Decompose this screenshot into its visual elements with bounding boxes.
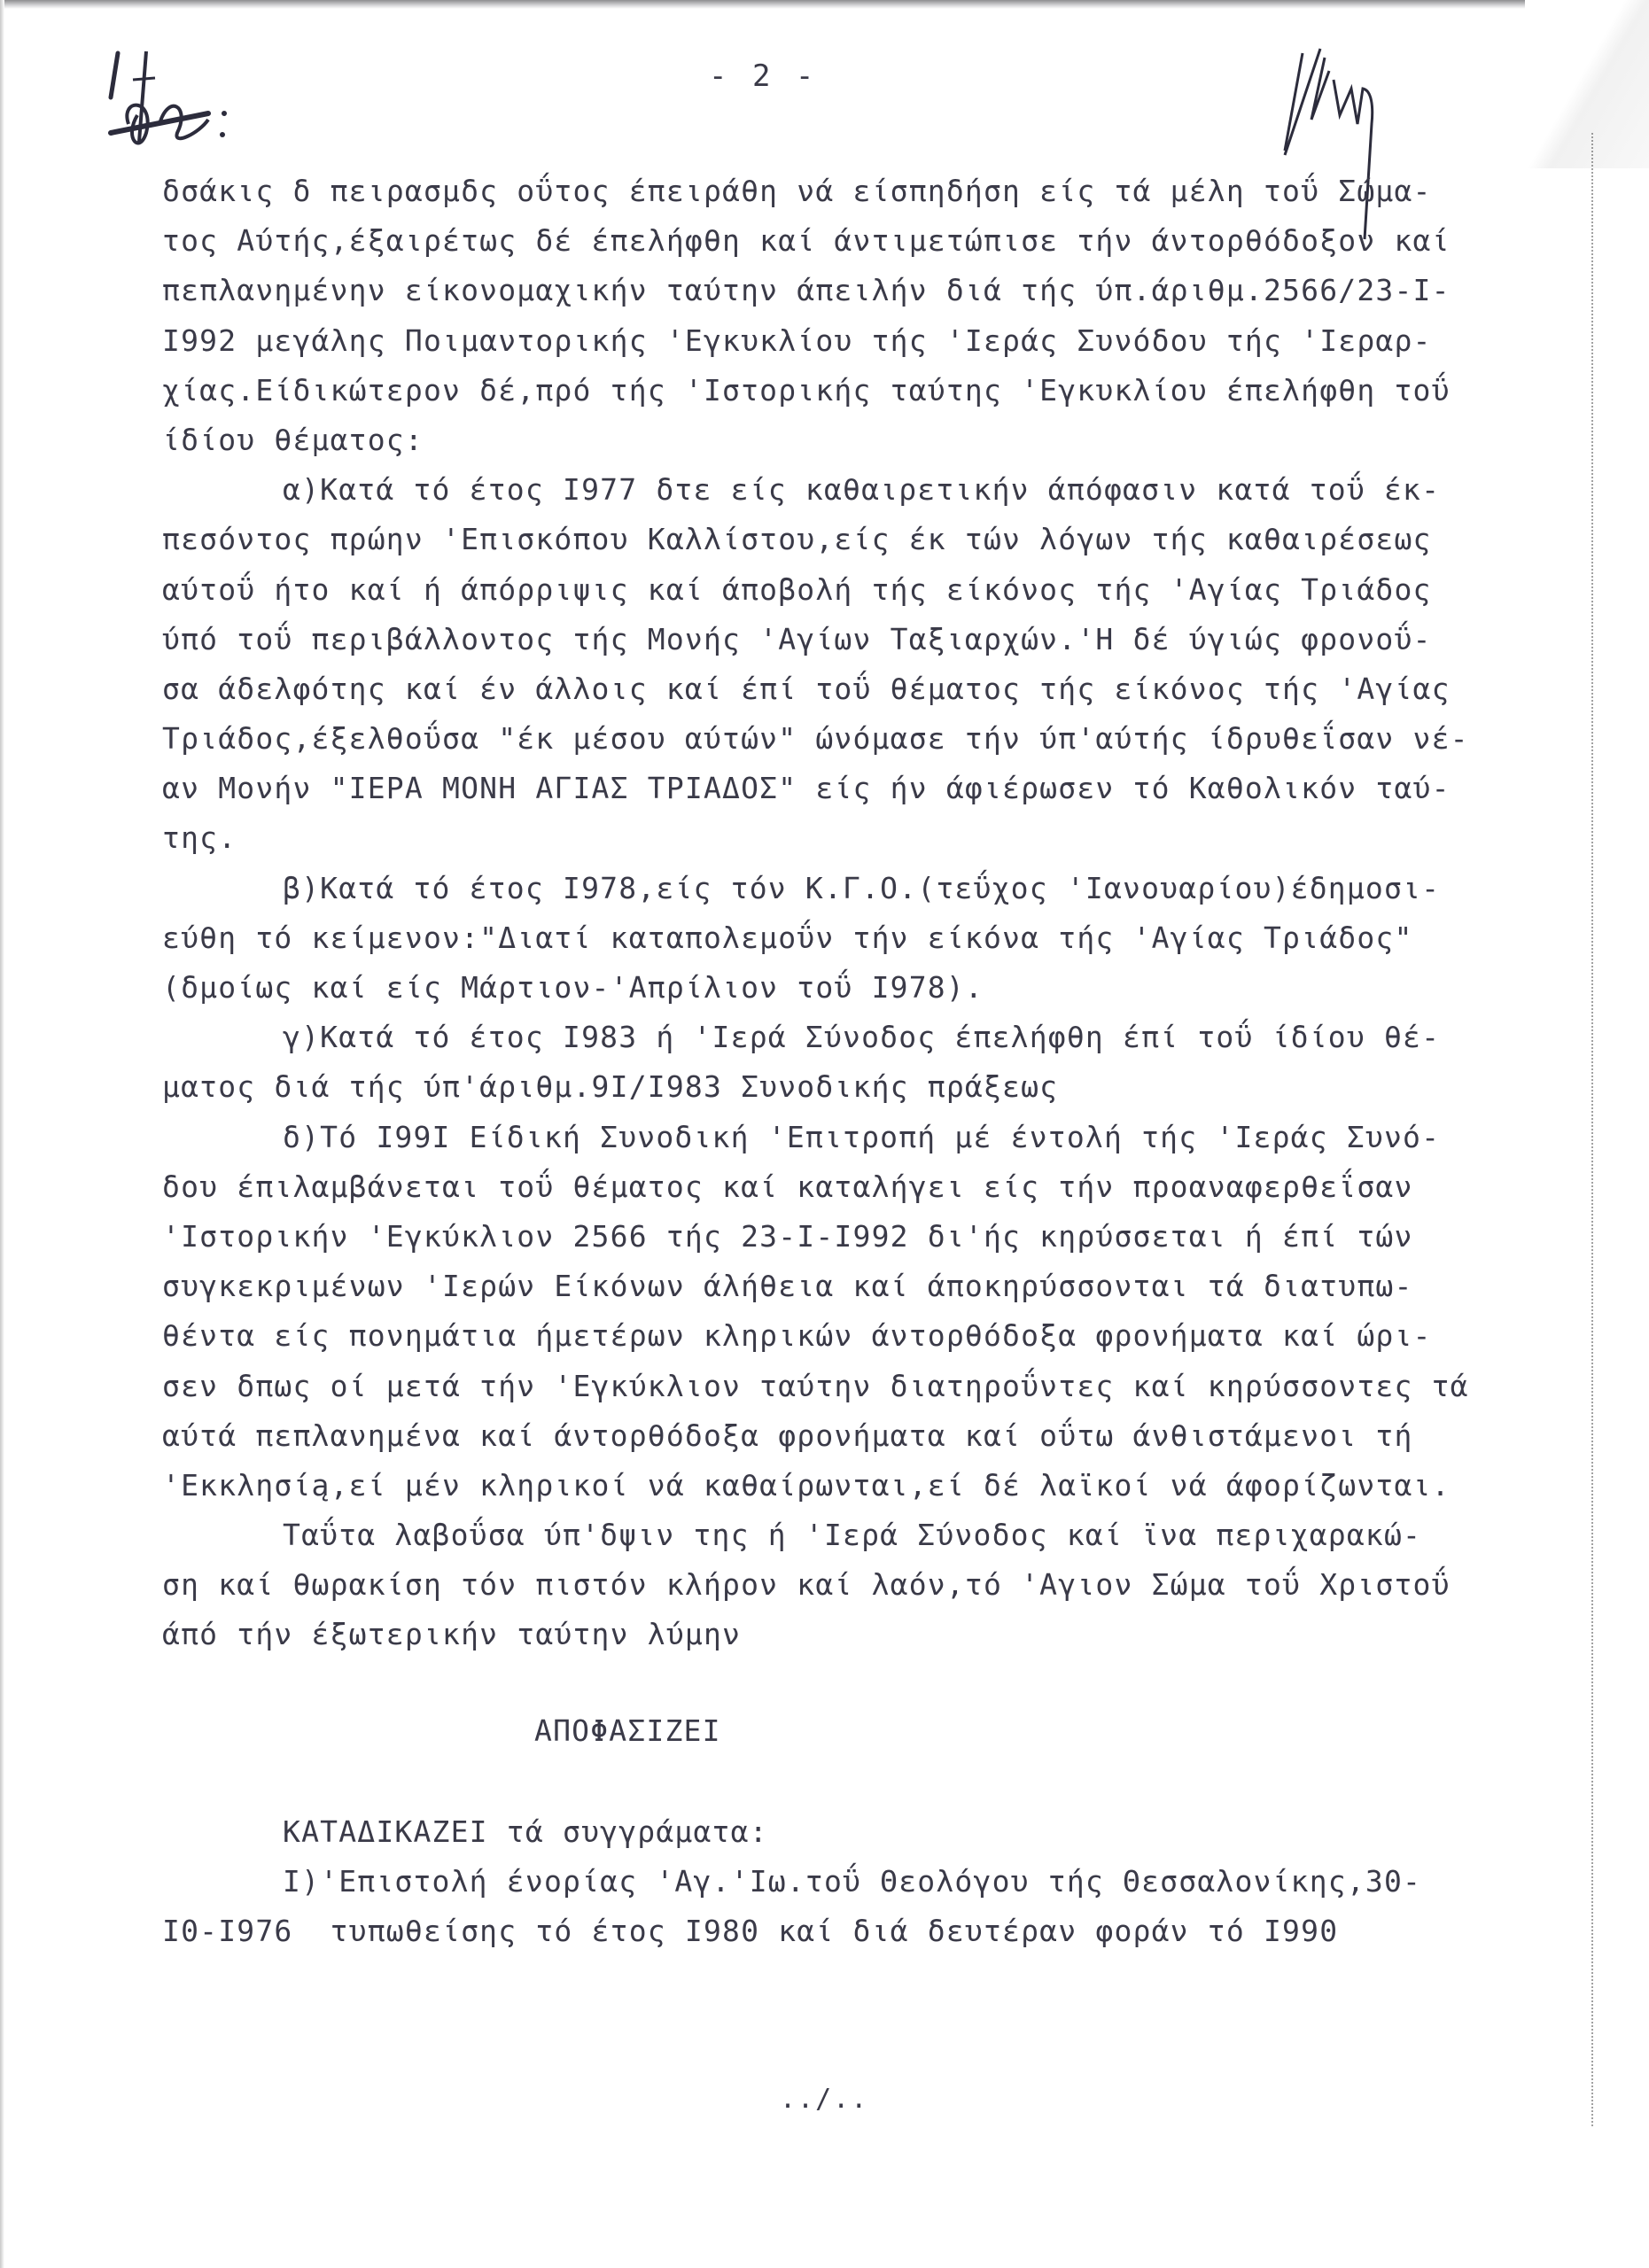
text-line: χίας.Είδικώτερον δέ,πρό τής 'Ιστορικής τ… — [162, 366, 1509, 416]
text-line: σα άδελφότης καί έν άλλοις καί έπί τοΰ θ… — [162, 664, 1509, 714]
item-d-paragraph: δ)Τό Ι99Ι Είδική Συνοδική 'Επιτροπή μέ έ… — [162, 1113, 1509, 1511]
text-line: τος Αύτής,έξαιρέτως δέ έπελήφθη καί άντι… — [162, 216, 1509, 266]
text-line: β)Κατά τό έτος Ι978,είς τόν Κ.Γ.Ο.(τεΰχο… — [162, 864, 1509, 913]
text-line: σεν δπως οί μετά τήν 'Εγκύκλιον ταύτην δ… — [162, 1362, 1509, 1411]
text-line: συγκεκριμένων 'Ιερών Είκόνων άλήθεια καί… — [162, 1262, 1509, 1311]
text-line: Ταΰτα λαβοΰσα ύπ'δψιν της ή 'Ιερά Σύνοδο… — [162, 1511, 1509, 1560]
text-line: (δμοίως καί είς Μάρτιον-'Απρίλιον τοΰ Ι9… — [162, 963, 1509, 1013]
text-line: αν Μονήν "ΙΕΡΑ ΜΟΝΗ ΑΓΙΑΣ ΤΡΙΑΔΟΣ" είς ή… — [162, 764, 1509, 813]
text-line: α)Κατά τό έτος Ι977 δτε είς καθαιρετικήν… — [162, 465, 1509, 515]
margin-scan-artifacts — [1591, 133, 1598, 2126]
text-line: γ)Κατά τό έτος Ι983 ή 'Ιερά Σύνοδος έπελ… — [162, 1013, 1509, 1062]
text-line: ύπό τοΰ περιβάλλοντος τής Μονής 'Αγίων Τ… — [162, 615, 1509, 664]
text-line: της. — [162, 813, 1509, 863]
item-c-paragraph: γ)Κατά τό έτος Ι983 ή 'Ιερά Σύνοδος έπελ… — [162, 1013, 1509, 1112]
handwritten-scribble-icon — [84, 44, 279, 151]
text-line: 'Ιστορικήν 'Εγκύκλιον 2566 τής 23-Ι-Ι992… — [162, 1212, 1509, 1262]
condemns-heading: ΚΑΤΑΔΙΚΑΖΕΙ τά συγγράματα: — [162, 1807, 1509, 1857]
text-line: θέντα είς πονημάτια ήμετέρων κληρικών άν… — [162, 1311, 1509, 1361]
continuation-mark: ../.. — [780, 2084, 868, 2115]
text-line: Τριάδος,έξελθοΰσα "έκ μέσου αύτών" ώνόμα… — [162, 714, 1509, 764]
item-a-paragraph: α)Κατά τό έτος Ι977 δτε είς καθαιρετικήν… — [162, 465, 1509, 864]
text-line: ίδίου θέματος: — [162, 416, 1509, 465]
item-1-paragraph: Ι)'Επιστολή ένορίας 'Αγ.'Ιω.τοΰ Θεολόγου… — [162, 1857, 1509, 1956]
text-line: πεπλανημένην είκονομαχικήν ταύτην άπειλή… — [162, 266, 1509, 315]
text-line: δου έπιλαμβάνεται τοΰ θέματος καί καταλή… — [162, 1162, 1509, 1212]
text-line: Ι0-Ι976 τυπωθείσης τό έτος Ι980 καί διά … — [162, 1907, 1509, 1956]
text-line: αύτοΰ ήτο καί ή άπόρριψις καί άποβολή τή… — [162, 565, 1509, 615]
text-line: άπό τήν έξωτερικήν ταύτην λύμην — [162, 1610, 1509, 1659]
item-b-paragraph: β)Κατά τό έτος Ι978,είς τόν Κ.Γ.Ο.(τεΰχο… — [162, 864, 1509, 1014]
text-line: Ι992 μεγάλης Ποιμαντορικής 'Εγκυκλίου τή… — [162, 316, 1509, 366]
text-line: ση καί θωρακίση τόν πιστόν κλήρον καί λα… — [162, 1560, 1509, 1610]
decision-heading: ΑΠΟΦΑΣΙΖΕΙ — [162, 1706, 1509, 1756]
text-line: δ)Τό Ι99Ι Είδική Συνοδική 'Επιτροπή μέ έ… — [162, 1113, 1509, 1162]
text-line: πεσόντος πρώην 'Επισκόπου Καλλίστου,είς … — [162, 515, 1509, 564]
text-line: εύθη τό κείμενον:"Διατί καταπολεμοΰν τήν… — [162, 913, 1509, 963]
scan-left-edge — [0, 0, 4, 2268]
page-corner-fold — [1525, 0, 1649, 168]
scan-top-shadow — [0, 0, 1649, 9]
page-number: - 2 - — [709, 58, 817, 94]
text-line: ματος διά τής ύπ'άριθμ.9Ι/Ι983 Συνοδικής… — [162, 1062, 1509, 1112]
document-body: δσάκις δ πειρασμδς οΰτος έπειράθη νά είσ… — [162, 167, 1509, 1956]
text-line: δσάκις δ πειρασμδς οΰτος έπειράθη νά είσ… — [162, 167, 1509, 216]
text-line: 'Εκκλησίą,εί μέν κληρικοί νά καθαίρωνται… — [162, 1461, 1509, 1511]
text-line: αύτά πεπλανημένα καί άντορθόδοξα φρονήμα… — [162, 1411, 1509, 1461]
intro-paragraph: δσάκις δ πειρασμδς οΰτος έπειράθη νά είσ… — [162, 167, 1509, 465]
text-line: Ι)'Επιστολή ένορίας 'Αγ.'Ιω.τοΰ Θεολόγου… — [162, 1857, 1509, 1907]
conclusion-paragraph: Ταΰτα λαβοΰσα ύπ'δψιν της ή 'Ιερά Σύνοδο… — [162, 1511, 1509, 1660]
handwritten-annotation-left — [84, 44, 279, 154]
